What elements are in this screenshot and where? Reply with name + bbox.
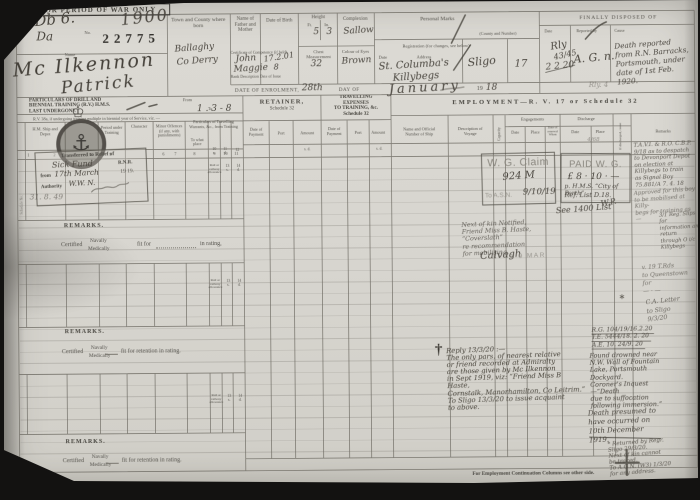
disposed-label: FINALLY DISPOSED OF xyxy=(562,14,674,21)
discharge-date-col: Date xyxy=(563,129,587,134)
col-13-label: 13 s. xyxy=(222,164,232,172)
paid-wg-stamp: PAID W. G. £ 8 · 10 · — p. H.M.S. “City … xyxy=(560,153,630,203)
height-label: Height xyxy=(300,15,336,20)
margin-note-queenstown: v. 19 T.Rds to Queenstown for — · — xyxy=(641,261,698,296)
margin-note-drowned: Found drowned near N.W. Wall of Fountain… xyxy=(589,351,666,411)
engagement-date-col: Date xyxy=(506,130,524,135)
from-label: From xyxy=(183,97,192,102)
margin-note-references: R.G. 104/19/16.2.20 T.E. 5444/18. 2. 20 … xyxy=(592,325,665,349)
disposed-date-label: Date xyxy=(544,28,552,33)
eyes-value: Brown xyxy=(341,55,371,67)
certified-label: Certified xyxy=(62,349,83,355)
certified-label: Certified xyxy=(63,458,84,464)
col-num-9: 9 xyxy=(213,151,215,156)
navally-label: Navally xyxy=(90,238,107,244)
margin-tick: 4/68 xyxy=(587,137,599,143)
letter-value: Db 6. xyxy=(33,8,75,30)
ship-number-col: Name and Official Number of Ship xyxy=(393,127,445,137)
enrolment-year-printed: 19 xyxy=(477,86,483,92)
col-14-label: 14 d. xyxy=(234,279,244,287)
wg-claim-title: W. G. Claim xyxy=(482,156,554,170)
relief-year: 19 19. xyxy=(120,168,134,175)
letter-label: Letter xyxy=(17,26,28,31)
capacity-col: Capacity xyxy=(497,111,501,141)
retainer-sd-label: s. d. xyxy=(296,147,318,151)
relief-authority-signature: W.W. N. xyxy=(69,179,96,188)
col-num-1: 1 xyxy=(27,152,29,157)
registry-county: Sligo xyxy=(467,54,496,70)
col-num-6: 6 xyxy=(162,151,164,156)
cross-mark: † xyxy=(435,342,443,359)
town-label: Town and County where born xyxy=(169,17,227,29)
schedule-no-label: Schedule No. xyxy=(19,125,24,215)
paper: FOR PERIOD OF WAR ONLY Letter Db 6. Da 1… xyxy=(4,0,698,486)
discharge-cause-col: If discharged, cause xyxy=(618,104,622,150)
travelling-title: TRAVELLING EXPENSES TO TRAINING, &c. Sch… xyxy=(319,95,393,118)
margin-note-reg-slips: 3/1 Reg. Slips for information and retur… xyxy=(659,210,700,251)
retainer-amount-col: Amount xyxy=(294,130,320,135)
fit-retention-label: fit for retention in rating. xyxy=(121,348,181,354)
personal-marks-label: Personal Marks xyxy=(397,16,477,23)
transfer-date-note: 31. 8. 49 xyxy=(30,192,63,201)
official-number: 22775 xyxy=(102,30,160,46)
retainer-date-col: Date of Payment xyxy=(244,128,268,137)
col-num-10: 10 xyxy=(223,151,227,156)
travelling-date-col: Date of Payment xyxy=(322,127,346,136)
blank-line xyxy=(106,463,119,464)
navally-label: Navally xyxy=(92,454,109,460)
retainer-port-col: Port xyxy=(270,130,292,135)
wg-claim-date: 9/10/19 xyxy=(523,187,556,198)
dob-label: Date of Birth xyxy=(261,18,297,24)
enrolment-margin-mark: Rly. 4 xyxy=(589,81,609,89)
discharge-col: Discharge xyxy=(561,116,611,121)
in-rating-label: in rating, xyxy=(200,241,222,247)
retainer-title: RETAINER, xyxy=(243,98,321,106)
disposed-by-label: Reported by xyxy=(576,28,597,33)
form-content: FOR PERIOD OF WAR ONLY Letter Db 6. Da 1… xyxy=(2,0,700,489)
county-number-label: (County and Number) xyxy=(479,31,516,36)
remarks-title: REMARKS. xyxy=(65,329,105,335)
remarks-title: REMARKS. xyxy=(66,439,106,445)
engagement-place-col: Place xyxy=(526,129,544,134)
fit-for-label: fit for xyxy=(137,242,151,248)
scanned-record-card: FOR PERIOD OF WAR ONLY Letter Db 6. Da 1… xyxy=(0,0,700,500)
paid-amount: £ 8 · 10 · — xyxy=(568,172,620,182)
travelling-amount-col: Amount xyxy=(366,130,390,135)
voyage-col: Description of Voyage xyxy=(450,127,490,137)
letter-value-2: Da xyxy=(36,29,53,43)
inches-value: 3 xyxy=(326,27,332,37)
reply-note: Reply 13/3/20 :— The only pars. of neare… xyxy=(446,343,586,412)
relief-from-label: from xyxy=(40,174,51,179)
mother-value: Maggie xyxy=(233,63,268,75)
character-col-label: Character xyxy=(126,125,152,130)
wg-claim-stamp: W. G. Claim 924 M To A.S.N. 9/10/19 xyxy=(481,152,556,206)
travelling-sd-label: s. d. xyxy=(368,147,390,151)
discharge-place-col: Place xyxy=(589,129,611,134)
rv-entry: 1 . 3 - 8 xyxy=(197,104,232,114)
rail-allowance-label: Rail or railway allowance xyxy=(207,164,221,175)
col-num-7: 7 xyxy=(174,151,176,156)
feet-label: Ft. xyxy=(307,22,312,27)
renewal-col: Date of renewal When xyxy=(546,126,559,137)
medically-label: Medically xyxy=(88,246,110,252)
relief-rnr-label: R.N.R. xyxy=(118,160,133,166)
complexion-label: Complexion xyxy=(338,17,372,22)
feet-value: 5 xyxy=(313,27,319,37)
enrolment-day: 28th xyxy=(302,83,323,93)
registry-number: 17 xyxy=(515,59,528,70)
eyes-label: Colour of Eyes xyxy=(340,49,372,54)
col-13-label: 13 s. xyxy=(224,394,234,402)
offences-col-label: Minor Offences (if any, with punishments… xyxy=(154,124,184,138)
col-num-11: 11 xyxy=(234,151,238,156)
reg-date-label: Date xyxy=(379,55,388,60)
enrolment-year-written: 18 xyxy=(486,83,498,93)
col-num-8: 8 xyxy=(193,151,195,156)
col-13-label: 13 s. xyxy=(223,279,233,287)
parents-label: Name of Father and Mother xyxy=(231,17,259,34)
chest-value: 32 xyxy=(311,59,323,69)
rail-allowance-label: Rail or railway allowance xyxy=(208,279,222,290)
navally-label: Navally xyxy=(91,345,108,351)
rail-allowance-label: Rail or railway allowance xyxy=(209,394,223,405)
certified-label: Certified xyxy=(61,242,82,248)
relief-authority-label: Authority xyxy=(41,184,62,190)
employment-remarks-col: Remarks xyxy=(633,128,693,133)
to-place-col-label: To what place xyxy=(187,138,207,147)
asterisk-mark: * xyxy=(619,294,624,305)
wg-claim-value: 924 M xyxy=(502,169,535,182)
enrolment-label: DATE OF ENROLMENT, xyxy=(235,87,299,94)
col-14-label: 14 d. xyxy=(235,394,245,402)
paid-wg-title: PAID W. G. xyxy=(562,159,630,170)
registration-label: Registration (for changes, see below) xyxy=(402,43,469,49)
engagements-col: Engagements xyxy=(505,116,560,121)
fit-retention-label: fit for retention in rating. xyxy=(122,457,182,463)
col-14-label: 14 d. xyxy=(233,164,243,172)
enrolment-dayof-label: DAY OF xyxy=(339,88,360,93)
retainer-subtitle: Schedule 32 xyxy=(243,106,321,112)
warrants-col-label: Particulars of Travelling Warrants, &c.,… xyxy=(186,120,241,130)
dob-value-2: 8 xyxy=(274,63,279,72)
cause-of-death-note: Death reported from R.N. Barracks, Ports… xyxy=(614,36,697,87)
number-label: No. xyxy=(84,30,91,35)
margin-note-despatch: T.A.V.I. & R.O. C.B.P. 9/18 as to despat… xyxy=(633,140,697,189)
disposed-cause-label: Cause xyxy=(614,28,624,33)
remarks-title: REMARKS. xyxy=(64,223,104,229)
relief-from-value: 17th March xyxy=(54,168,99,179)
wg-claim-to: To A.S.N. xyxy=(485,192,512,200)
complexion-value: Sallow xyxy=(343,25,374,37)
blank-line xyxy=(105,354,118,355)
chest-label: Chest Measurement xyxy=(302,49,336,59)
